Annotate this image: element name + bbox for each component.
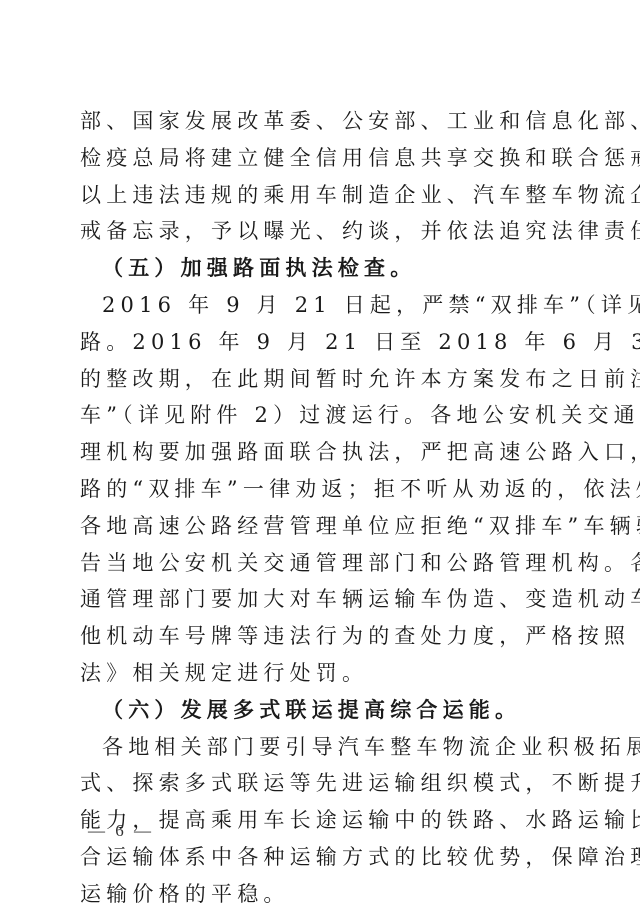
line-text: 路。2016 年 9 月 21 日至 2018 年 6 月 30 日为不合规车辆… xyxy=(80,324,558,361)
text-line: 法》相关规定进行处罚。 xyxy=(80,655,558,692)
text-line: 运输价格的平稳。 xyxy=(80,876,558,913)
line-text: 法》相关规定进行处罚。 xyxy=(80,655,558,692)
text-line: 通管理部门要加大对车辆运输车伪造、变造机动车号牌或使用其 xyxy=(80,581,558,618)
line-text: 的整改期，在此期间暂时允许本方案发布之日前注册登记的“单排 xyxy=(80,361,558,398)
line-text: 戒备忘录，予以曝光、约谈，并依法追究法律责任。 xyxy=(80,213,558,250)
text-line: 车”（详见附件 2）过渡运行。各地公安机关交通管理部门、公路管 xyxy=(80,397,558,434)
text-line: 2016 年 9 月 21 日起，严禁“双排车”（详见附件 2）进入高速公 xyxy=(80,287,558,324)
line-text: 部、国家发展改革委、公安部、工业和信息化部、国家质量监督检验 xyxy=(80,103,558,140)
heading-text: （五）加强路面执法检查。 xyxy=(102,250,558,287)
line-text: 以上违法违规的乘用车制造企业、汽车整车物流企业纳入联合惩 xyxy=(80,177,558,214)
line-text: 各地相关部门要引导汽车整车物流企业积极拓展新的运输方 xyxy=(102,729,558,766)
line-text: 理机构要加强路面联合执法，严把高速公路入口，对拟进入高速公 xyxy=(80,434,558,471)
section-heading-5: （五）加强路面执法检查。 xyxy=(80,250,558,287)
text-line: 检疫总局将建立健全信用信息共享交换和联合惩戒机制，对三次 xyxy=(80,140,558,177)
text-line: 路。2016 年 9 月 21 日至 2018 年 6 月 30 日为不合规车辆… xyxy=(80,324,558,361)
line-text: 车”（详见附件 2）过渡运行。各地公安机关交通管理部门、公路管 xyxy=(80,397,558,434)
text-line: 各地高速公路经营管理单位应拒绝“双排车”车辆驶入，并及时报 xyxy=(80,508,558,545)
document-body: 部、国家发展改革委、公安部、工业和信息化部、国家质量监督检验 检疫总局将建立健全… xyxy=(80,103,558,913)
line-text: 他机动车号牌等违法行为的查处力度，严格按照《道路交通安全 xyxy=(80,618,558,655)
text-line: 式、探索多式联运等先进运输组织模式，不断提升铁路、水路运输 xyxy=(80,765,558,802)
text-line: 合运输体系中各种运输方式的比较优势，保障治理期间铁路、水路 xyxy=(80,839,558,876)
line-text: 检疫总局将建立健全信用信息共享交换和联合惩戒机制，对三次 xyxy=(80,140,558,177)
text-line: 告当地公安机关交通管理部门和公路管理机构。各地公安机关交 xyxy=(80,545,558,582)
text-line: 他机动车号牌等违法行为的查处力度，严格按照《道路交通安全 xyxy=(80,618,558,655)
text-line: 理机构要加强路面联合执法，严把高速公路入口，对拟进入高速公 xyxy=(80,434,558,471)
page-number: — 6 — xyxy=(88,821,154,841)
line-text: 路的“双排车”一律劝返；拒不听从劝返的，依法处罚并强制卸载。 xyxy=(80,471,558,508)
text-line: 的整改期，在此期间暂时允许本方案发布之日前注册登记的“单排 xyxy=(80,361,558,398)
line-text: 合运输体系中各种运输方式的比较优势，保障治理期间铁路、水路 xyxy=(80,839,558,876)
section-heading-6: （六）发展多式联运提高综合运能。 xyxy=(80,692,558,729)
text-line: 各地相关部门要引导汽车整车物流企业积极拓展新的运输方 xyxy=(80,729,558,766)
line-text: 各地高速公路经营管理单位应拒绝“双排车”车辆驶入，并及时报 xyxy=(80,508,558,545)
line-text: 式、探索多式联运等先进运输组织模式，不断提升铁路、水路运输 xyxy=(80,765,558,802)
text-line: 路的“双排车”一律劝返；拒不听从劝返的，依法处罚并强制卸载。 xyxy=(80,471,558,508)
line-text: 告当地公安机关交通管理部门和公路管理机构。各地公安机关交 xyxy=(80,545,558,582)
text-line: 戒备忘录，予以曝光、约谈，并依法追究法律责任。 xyxy=(80,213,558,250)
line-text: 运输价格的平稳。 xyxy=(80,876,558,913)
heading-text: （六）发展多式联运提高综合运能。 xyxy=(102,692,558,729)
text-line: 以上违法违规的乘用车制造企业、汽车整车物流企业纳入联合惩 xyxy=(80,177,558,214)
line-text: 2016 年 9 月 21 日起，严禁“双排车”（详见附件 2）进入高速公 xyxy=(102,287,558,324)
text-line: 部、国家发展改革委、公安部、工业和信息化部、国家质量监督检验 xyxy=(80,103,558,140)
document-page: 部、国家发展改革委、公安部、工业和信息化部、国家质量监督检验 检疫总局将建立健全… xyxy=(0,0,640,914)
line-text: 通管理部门要加大对车辆运输车伪造、变造机动车号牌或使用其 xyxy=(80,581,558,618)
